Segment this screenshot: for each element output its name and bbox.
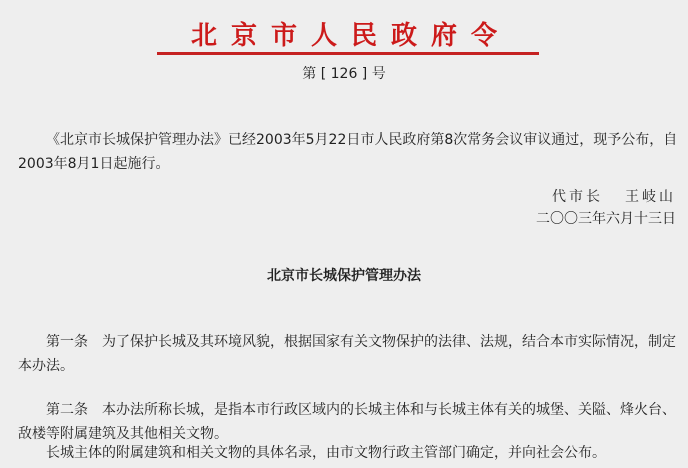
signature-role: 代市长 xyxy=(552,189,603,205)
document-number: 第 [ 126 ] 号 xyxy=(0,63,688,83)
signature-date: 二〇〇三年六月十三日 xyxy=(536,207,676,231)
law-title: 北京市长城保护管理办法 xyxy=(0,265,688,285)
article-paragraph: 第一条 为了保护长城及其环境风貌，根据国家有关文物保护的法律、法规，结合本市实际… xyxy=(18,330,678,378)
page-title: 北京市人民政府令 xyxy=(0,15,688,52)
title-divider xyxy=(157,52,539,55)
signature-line: 代市长王岐山 xyxy=(552,185,676,209)
article-paragraph: 第二条 本办法所称长城，是指本市行政区域内的长城主体和与长城主体有关的城堡、关隘… xyxy=(18,398,678,446)
signature-name: 王岐山 xyxy=(625,189,676,205)
intro-paragraph: 《北京市长城保护管理办法》已经2003年5月22日市人民政府第8次常务会议审议通… xyxy=(18,128,678,176)
article-paragraph: 长城主体的附属建筑和相关文物的具体名录，由市文物行政主管部门确定，并向社会公布。 xyxy=(18,441,678,465)
